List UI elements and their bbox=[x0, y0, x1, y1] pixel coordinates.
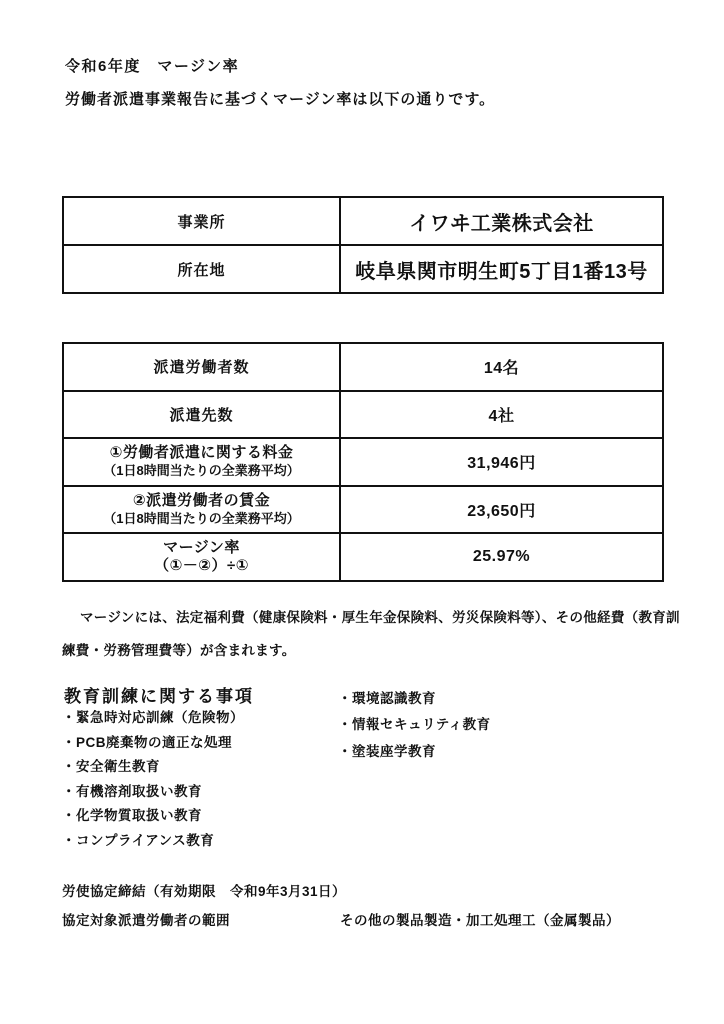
client-count-value: 4社 bbox=[340, 391, 663, 439]
training-list-right: ・環境認識教育 ・情報セキュリティ教育 ・塗装座学教育 bbox=[338, 686, 491, 765]
table-row: ②派遣労働者の賃金 （1日8時間当たりの全業務平均） 23,650円 bbox=[63, 486, 663, 534]
margin-rate-value: 25.97% bbox=[340, 533, 663, 581]
document-page: 令和6年度 マージン率 労働者派遣事業報告に基づくマージン率は以下の通りです。 … bbox=[0, 0, 724, 1024]
list-item: ・コンプライアンス教育 bbox=[62, 829, 244, 854]
table-row: マージン率 （①－②）÷① 25.97% bbox=[63, 533, 663, 581]
list-item: ・緊急時対応訓練（危険物） bbox=[62, 706, 244, 731]
dispatched-workers-value: 14名 bbox=[340, 343, 663, 391]
training-section-heading: 教育訓練に関する事項 bbox=[64, 682, 254, 707]
list-item: ・PCB廃棄物の適正な処理 bbox=[62, 731, 244, 756]
list-item: ・有機溶剤取扱い教育 bbox=[62, 780, 244, 805]
labor-agreement-line: 労使協定締結（有効期限 令和9年3月31日） bbox=[62, 880, 346, 900]
list-item: ・塗装座学教育 bbox=[338, 739, 491, 765]
client-count-label: 派遣先数 bbox=[63, 391, 340, 439]
intro-text: 労働者派遣事業報告に基づくマージン率は以下の通りです。 bbox=[65, 88, 495, 109]
agreement-scope-value: その他の製品製造・加工処理工（金属製品） bbox=[340, 909, 620, 929]
office-name-label: 事業所 bbox=[63, 197, 340, 245]
agreement-scope-label: 協定対象派遣労働者の範囲 bbox=[62, 913, 230, 928]
margin-note: マージンには、法定福利費（健康保険料・厚生年金保険料、労災保険料等）、その他経費… bbox=[62, 601, 692, 667]
training-list-left: ・緊急時対応訓練（危険物） ・PCB廃棄物の適正な処理 ・安全衛生教育 ・有機溶… bbox=[62, 706, 244, 854]
worker-wage-label-main: ②派遣労働者の賃金 bbox=[64, 492, 339, 510]
list-item: ・情報セキュリティ教育 bbox=[338, 712, 491, 738]
margin-rate-formula: （①－②）÷① bbox=[64, 557, 339, 575]
table-row: 事業所 イワヰ工業株式会社 bbox=[63, 197, 663, 245]
table-row: ①労働者派遣に関する料金 （1日8時間当たりの全業務平均） 31,946円 bbox=[63, 438, 663, 486]
page-title: 令和6年度 マージン率 bbox=[65, 55, 239, 76]
dispatch-fee-label-sub: （1日8時間当たりの全業務平均） bbox=[64, 462, 339, 479]
list-item: ・環境認識教育 bbox=[338, 686, 491, 712]
office-address-label: 所在地 bbox=[63, 245, 340, 293]
margin-rate-label-main: マージン率 bbox=[64, 539, 339, 557]
worker-wage-label: ②派遣労働者の賃金 （1日8時間当たりの全業務平均） bbox=[63, 486, 340, 534]
table-row: 派遣先数 4社 bbox=[63, 391, 663, 439]
margin-rate-label: マージン率 （①－②）÷① bbox=[63, 533, 340, 581]
agreement-scope-row: 協定対象派遣労働者の範囲 その他の製品製造・加工処理工（金属製品） bbox=[62, 909, 707, 929]
table-row: 所在地 岐阜県関市明生町5丁目1番13号 bbox=[63, 245, 663, 293]
dispatched-workers-label: 派遣労働者数 bbox=[63, 343, 340, 391]
margin-table: 派遣労働者数 14名 派遣先数 4社 ①労働者派遣に関する料金 （1日8時間当た… bbox=[62, 342, 664, 582]
dispatch-fee-label-main: ①労働者派遣に関する料金 bbox=[64, 444, 339, 462]
worker-wage-label-sub: （1日8時間当たりの全業務平均） bbox=[64, 510, 339, 527]
list-item: ・安全衛生教育 bbox=[62, 755, 244, 780]
worker-wage-value: 23,650円 bbox=[340, 486, 663, 534]
table-row: 派遣労働者数 14名 bbox=[63, 343, 663, 391]
office-table: 事業所 イワヰ工業株式会社 所在地 岐阜県関市明生町5丁目1番13号 bbox=[62, 196, 664, 294]
dispatch-fee-label: ①労働者派遣に関する料金 （1日8時間当たりの全業務平均） bbox=[63, 438, 340, 486]
list-item: ・化学物質取扱い教育 bbox=[62, 804, 244, 829]
dispatch-fee-value: 31,946円 bbox=[340, 438, 663, 486]
office-address-value: 岐阜県関市明生町5丁目1番13号 bbox=[340, 245, 663, 293]
office-name-value: イワヰ工業株式会社 bbox=[340, 197, 663, 245]
